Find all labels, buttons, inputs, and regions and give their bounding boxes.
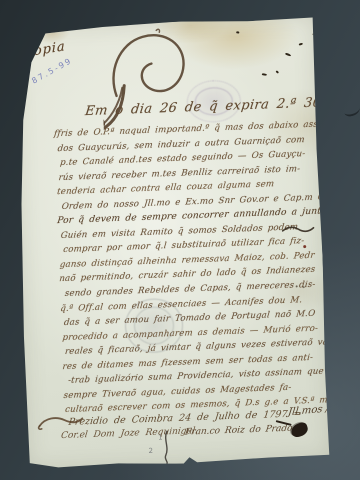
pencil-squiggle-mark [159,430,174,464]
ink-speck [262,73,267,76]
ink-speck [276,70,280,73]
manuscript-page: Copia 87.5-99 Em o dia 26 de q̃ expira 2… [12,17,330,470]
photo-of-manuscript: Copia 87.5-99 Em o dia 26 de q̃ expira 2… [0,0,360,480]
ink-speck [236,31,239,33]
ink-speck [296,285,298,287]
archival-number-annotation: 87.5-99 [30,56,74,86]
ink-speck [303,286,305,288]
ink-speck [285,53,291,57]
ink-speck [312,32,316,36]
signature: Fran.co Roiz do Prado [184,424,293,438]
red-speck [303,245,306,248]
ink-speck [299,43,303,46]
manuscript-body: ffris de O.P.ª naqual importand.º q̃ mas… [54,118,304,418]
copy-annotation: Copia [23,39,66,61]
pencil-mark: 2 [148,447,153,455]
backing-scratch-mark [343,102,360,117]
margin-tilde-mark [281,223,315,236]
